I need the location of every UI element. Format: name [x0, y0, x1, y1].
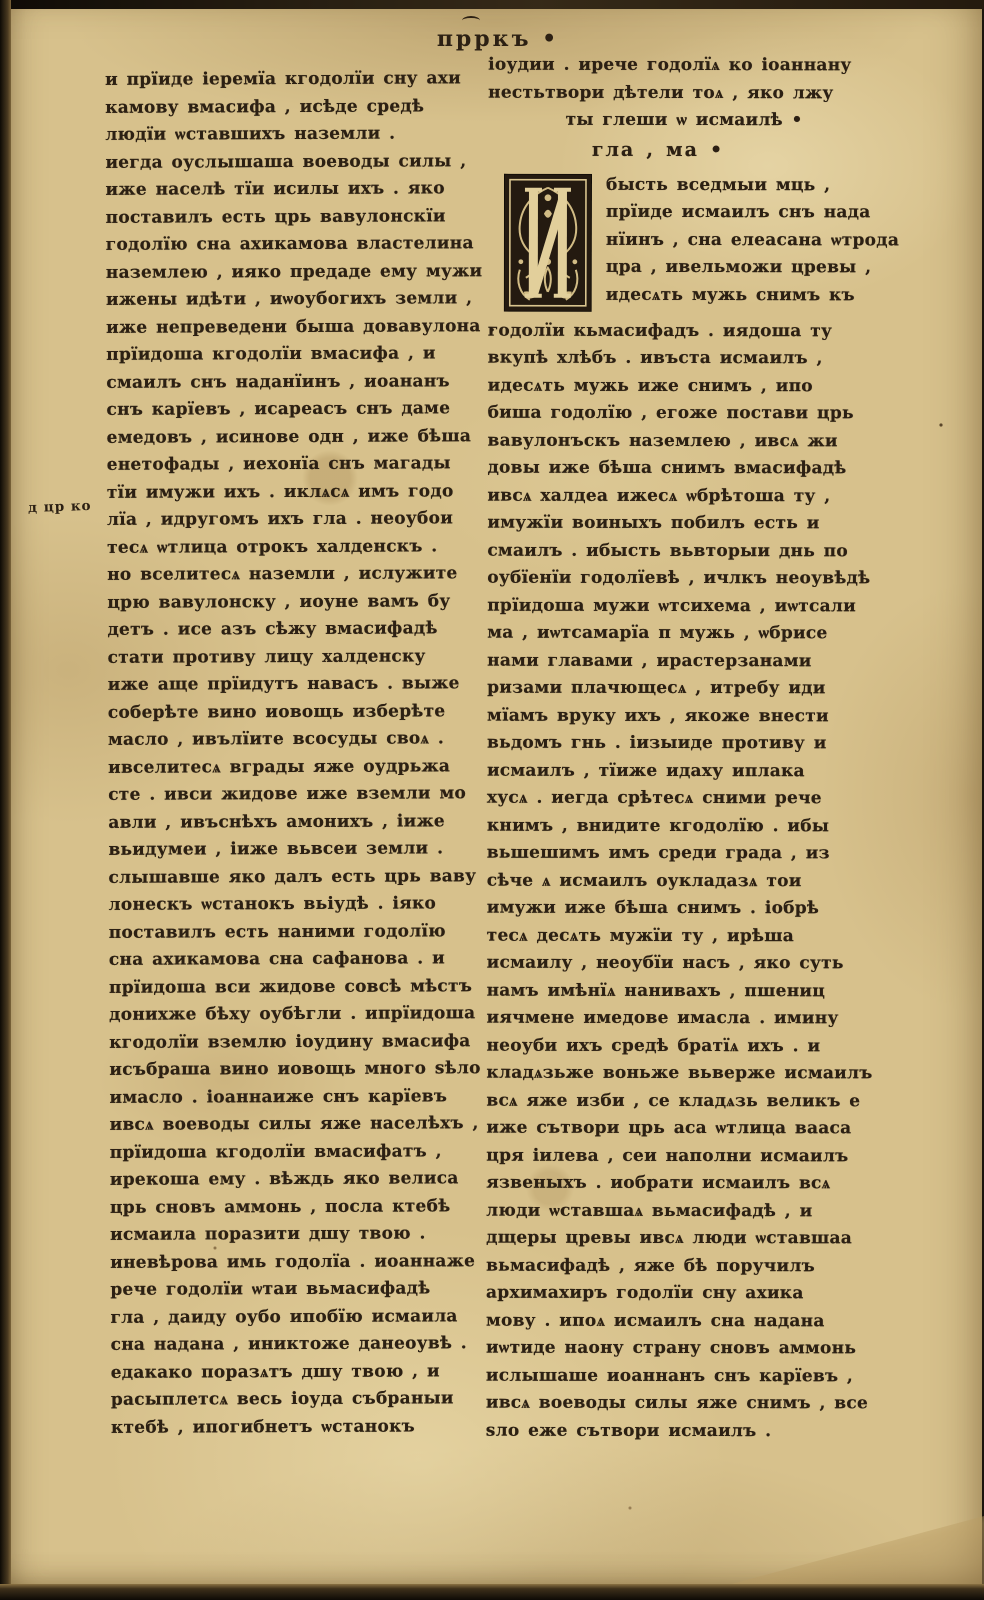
- text-line: иже сътвори црь аса ѡтлица вааса: [486, 1115, 878, 1143]
- text-line: ктебѣ , ипогибнетъ ѡстанокъ: [111, 1413, 487, 1442]
- text-line: детъ . исе азъ сѣжу вмасифадѣ: [107, 615, 483, 644]
- text-line: хусѧ . иегда срѣтесѧ сними рече: [487, 785, 879, 813]
- text-line: рече годолїи ѡтаи вьмасифадѣ: [110, 1275, 486, 1304]
- text-line: иже аще прїидутъ навасъ . выже: [108, 670, 484, 699]
- text-line: едакако поразѧтъ дшу твою , и: [111, 1358, 487, 1387]
- text-line: исъбраша вино иовощь много ѕѣло: [109, 1055, 485, 1084]
- text-line: цря іилева , сеи наполни исмаилъ: [486, 1142, 878, 1170]
- book-page-scan: прркъ • д цр ко и прїиде іеремїа кгодолї…: [0, 0, 984, 1600]
- running-header: прркъ •: [408, 26, 588, 52]
- text-line: смаилъ . ибысть вьвторыи днь по: [487, 537, 879, 565]
- right-column-body-lines: годолїи кьмасифадъ . иядоша тувкупѣ хлѣб…: [486, 317, 880, 1445]
- text-line: црю вавулонску , иоуне вамъ бу: [107, 588, 483, 617]
- text-line: бысть вседмыи мць ,: [606, 171, 880, 199]
- text-line: сна ахикамова сна сафанова . и: [109, 945, 485, 974]
- text-line: имужїи воиныхъ побилъ есть и: [487, 510, 879, 538]
- text-line: иже непреведени быша довавулона .: [106, 313, 482, 342]
- text-line: ма , иѡтсамарїа п мужь , ѡбрисе: [487, 620, 879, 648]
- text-line: ислышаше иоаннанъ снъ карїевъ ,: [486, 1362, 878, 1390]
- text-line: ты глеши ѡ исмаилѣ •: [488, 107, 880, 135]
- text-line: книмъ , внидите кгодолїю . ибы: [487, 812, 879, 840]
- text-line: нестьтвори дѣтели тоѧ , яко лжу: [488, 79, 880, 107]
- text-line: соберѣте вино иовощь изберѣте: [108, 698, 484, 727]
- text-line: иже населѣ тїи исилы ихъ . яко: [105, 175, 481, 204]
- text-line: мову . ипоѧ исмаилъ сна надана: [486, 1307, 878, 1335]
- text-line: биша годолїю , егоже постави црь: [488, 400, 880, 428]
- right-column: іоудии . ирече годолїѧ ко іоаннанунестьт…: [486, 52, 880, 1446]
- text-line: снъ карїевъ , исареасъ снъ даме: [106, 395, 482, 424]
- text-line: стати противу лицу халденску: [108, 643, 484, 672]
- text-line: язвеныхъ . иобрати исмаилъ всѧ: [486, 1170, 878, 1198]
- text-line: гла , даиду оубо ипобїю исмаила: [110, 1303, 486, 1332]
- text-line: исмаила поразити дшу твою .: [110, 1220, 486, 1249]
- text-line: имасло . іоаннаиже снъ карїевъ: [109, 1083, 485, 1112]
- text-line: иѡтиде наону страну сновъ аммонь: [486, 1335, 878, 1363]
- text-line: люди ѡставшаѧ вьмасифадѣ , и: [486, 1197, 878, 1225]
- text-line: сѣче ѧ исмаилъ оукладазѧ тои: [487, 867, 879, 895]
- text-line: цра , ивельможи цревы ,: [606, 254, 880, 282]
- right-column-top-lines: іоудии . ирече годолїѧ ко іоаннанунестьт…: [488, 52, 880, 108]
- text-line: намъ имѣнїѧ нанивахъ , пшениц: [487, 977, 879, 1005]
- text-line: црь сновъ аммонь , посла ктебѣ: [110, 1193, 486, 1222]
- text-line: неоуби ихъ средѣ братїѧ ихъ . и: [486, 1032, 878, 1060]
- text-line: имужи иже бѣша снимъ . іобрѣ: [487, 895, 879, 923]
- text-line: вьшешимъ имъ среди града , из: [487, 840, 879, 868]
- left-column: и прїиде іеремїа кгодолїи сну ахикамову …: [105, 65, 487, 1442]
- text-line: тесѧ десѧть мужїи ту , ирѣша: [487, 922, 879, 950]
- text-line: довы иже бѣша снимъ вмасифадѣ: [487, 455, 879, 483]
- text-line: тесѧ ѡтлица отрокъ халденскъ .: [107, 533, 483, 562]
- text-line: ивселитесѧ вграды яже оудрьжа: [108, 753, 484, 782]
- text-line: вьдомъ гнь . іизыиде противу и: [487, 730, 879, 758]
- text-line: прїидоша кгодолїи вмасифатъ ,: [110, 1138, 486, 1167]
- text-line: исмаилъ , тїиже идаху иплака: [487, 757, 879, 785]
- text-line: авли , ивъснѣхъ амонихъ , іиже: [108, 808, 484, 837]
- text-line: людїи ѡставшихъ наземли .: [105, 120, 481, 149]
- text-line: расыплетсѧ весь іоуда събраныи: [111, 1385, 487, 1414]
- text-line: прїидоша кгодолїи вмасифа , и: [106, 340, 482, 369]
- text-line: смаилъ снъ наданїинъ , иоананъ: [106, 368, 482, 397]
- text-line: кладѧзьже воньже вьверже исмаилъ: [486, 1060, 878, 1088]
- text-line: иегда оуслышаша воеводы силы ,: [105, 148, 481, 177]
- text-line: прїидоша вси жидове совсѣ мѣстъ: [109, 973, 485, 1002]
- text-line: масло , ивълїите всосуды своѧ .: [108, 725, 484, 754]
- text-line: идесѧть мужь иже снимъ , ипо: [488, 372, 880, 400]
- text-line: и прїиде іеремїа кгодолїи сну ахи: [105, 65, 481, 94]
- text-line: ивсѧ халдеа ижесѧ ѡбрѣтоша ту ,: [487, 482, 879, 510]
- text-line: поставилъ есть наними годолїю: [109, 918, 485, 947]
- text-line: нїинъ , сна елеасана ѡтрода: [606, 226, 880, 254]
- text-line: оубїенїи годолїевѣ , ичлкъ неоувѣдѣ: [487, 565, 879, 593]
- text-line: сна надана , иниктоже данеоувѣ .: [111, 1330, 487, 1359]
- text-line: исмаилу , неоубїи насъ , яко суть: [487, 950, 879, 978]
- text-line: ѕло еже сътвори исмаилъ .: [486, 1417, 878, 1445]
- text-line: донихже бѣху оубѣгли . ипрїидоша: [109, 1000, 485, 1029]
- text-line: годолїи кьмасифадъ . иядоша ту: [488, 317, 880, 345]
- text-line: ризами плачющесѧ , итребу иди: [487, 675, 879, 703]
- text-line: ивсѧ воеводы силы яже снимъ , все: [486, 1390, 878, 1418]
- text-line: прїиде исмаилъ снъ нада: [606, 199, 880, 227]
- chapter-opening: бысть вседмыи мць ,прїиде исмаилъ снъ на…: [488, 165, 880, 318]
- titlo-mark: [462, 16, 480, 25]
- text-line: дщеры цревы ивсѧ люди ѡставшаа: [486, 1225, 878, 1253]
- text-line: всѧ яже изби , се кладѧзь великъ е: [486, 1087, 878, 1115]
- text-line: вьидумеи , іиже вьвсеи земли .: [108, 835, 484, 864]
- text-line: вкупѣ хлѣбъ . ивъста исмаилъ ,: [488, 345, 880, 373]
- text-line: енетофады , иехонїа снъ магады: [107, 450, 483, 479]
- text-line: архимахиръ годолїи сну ахика: [486, 1280, 878, 1308]
- text-line: но вселитесѧ наземли , ислужите: [107, 560, 483, 589]
- text-line: прїидоша мужи ѡтсихема , иѡтсали: [487, 592, 879, 620]
- lines-beside-initial: бысть вседмыи мць ,прїиде исмаилъ снъ на…: [606, 165, 880, 309]
- scan-edge-left: [0, 0, 11, 1600]
- text-line: идесѧть мужь снимъ къ: [606, 281, 880, 309]
- text-line: емедовъ , исинове одн , иже бѣша: [107, 423, 483, 452]
- margin-note: д цр ко: [28, 498, 92, 516]
- text-line: сте . ивси жидове иже вземли мо: [108, 780, 484, 809]
- text-line: камову вмасифа , исѣде средѣ: [105, 93, 481, 122]
- chapter-heading: гла , ма •: [462, 134, 854, 166]
- text-line: іоудии . ирече годолїѧ ко іоаннану: [488, 52, 880, 80]
- text-line: лонескъ ѡстанокъ вьіудѣ . іяко: [109, 890, 485, 919]
- scan-edge-bottom: [0, 1584, 984, 1600]
- text-line: ивсѧ воеводы силы яже населѣхъ ,: [110, 1110, 486, 1139]
- drop-cap-initial-icon: [504, 173, 592, 311]
- scan-edge-top: [0, 0, 984, 9]
- text-line: мїамъ вруку ихъ , якоже внести: [487, 702, 879, 730]
- text-line: слышавше яко далъ есть црь ваву: [108, 863, 484, 892]
- text-line: годолїю сна ахикамова властелина: [106, 230, 482, 259]
- text-line: иячмене имедове имасла . имину: [487, 1005, 879, 1033]
- text-line: лїа , идругомъ ихъ гла . неоубои: [107, 505, 483, 534]
- text-line: тїи имужи ихъ . иклѧсѧ имъ годо: [107, 478, 483, 507]
- text-line: вьмасифадѣ , яже бѣ поручилъ: [486, 1252, 878, 1280]
- text-line: вавулонъскъ наземлею , ивсѧ жи: [488, 427, 880, 455]
- text-line: ижены идѣти , иѡоубогихъ земли ,: [106, 285, 482, 314]
- text-line: поставилъ есть црь вавулонскїи: [106, 203, 482, 232]
- text-line: наземлею , ияко предаде ему мужи: [106, 258, 482, 287]
- text-line: кгодолїи вземлю іоудину вмасифа: [109, 1028, 485, 1057]
- text-line: иневѣрова имь годолїа . иоаннаже: [110, 1248, 486, 1277]
- text-line: нами главами , ирастерзанами: [487, 647, 879, 675]
- text-line: ирекоша ему . вѣждь яко велиса: [110, 1165, 486, 1194]
